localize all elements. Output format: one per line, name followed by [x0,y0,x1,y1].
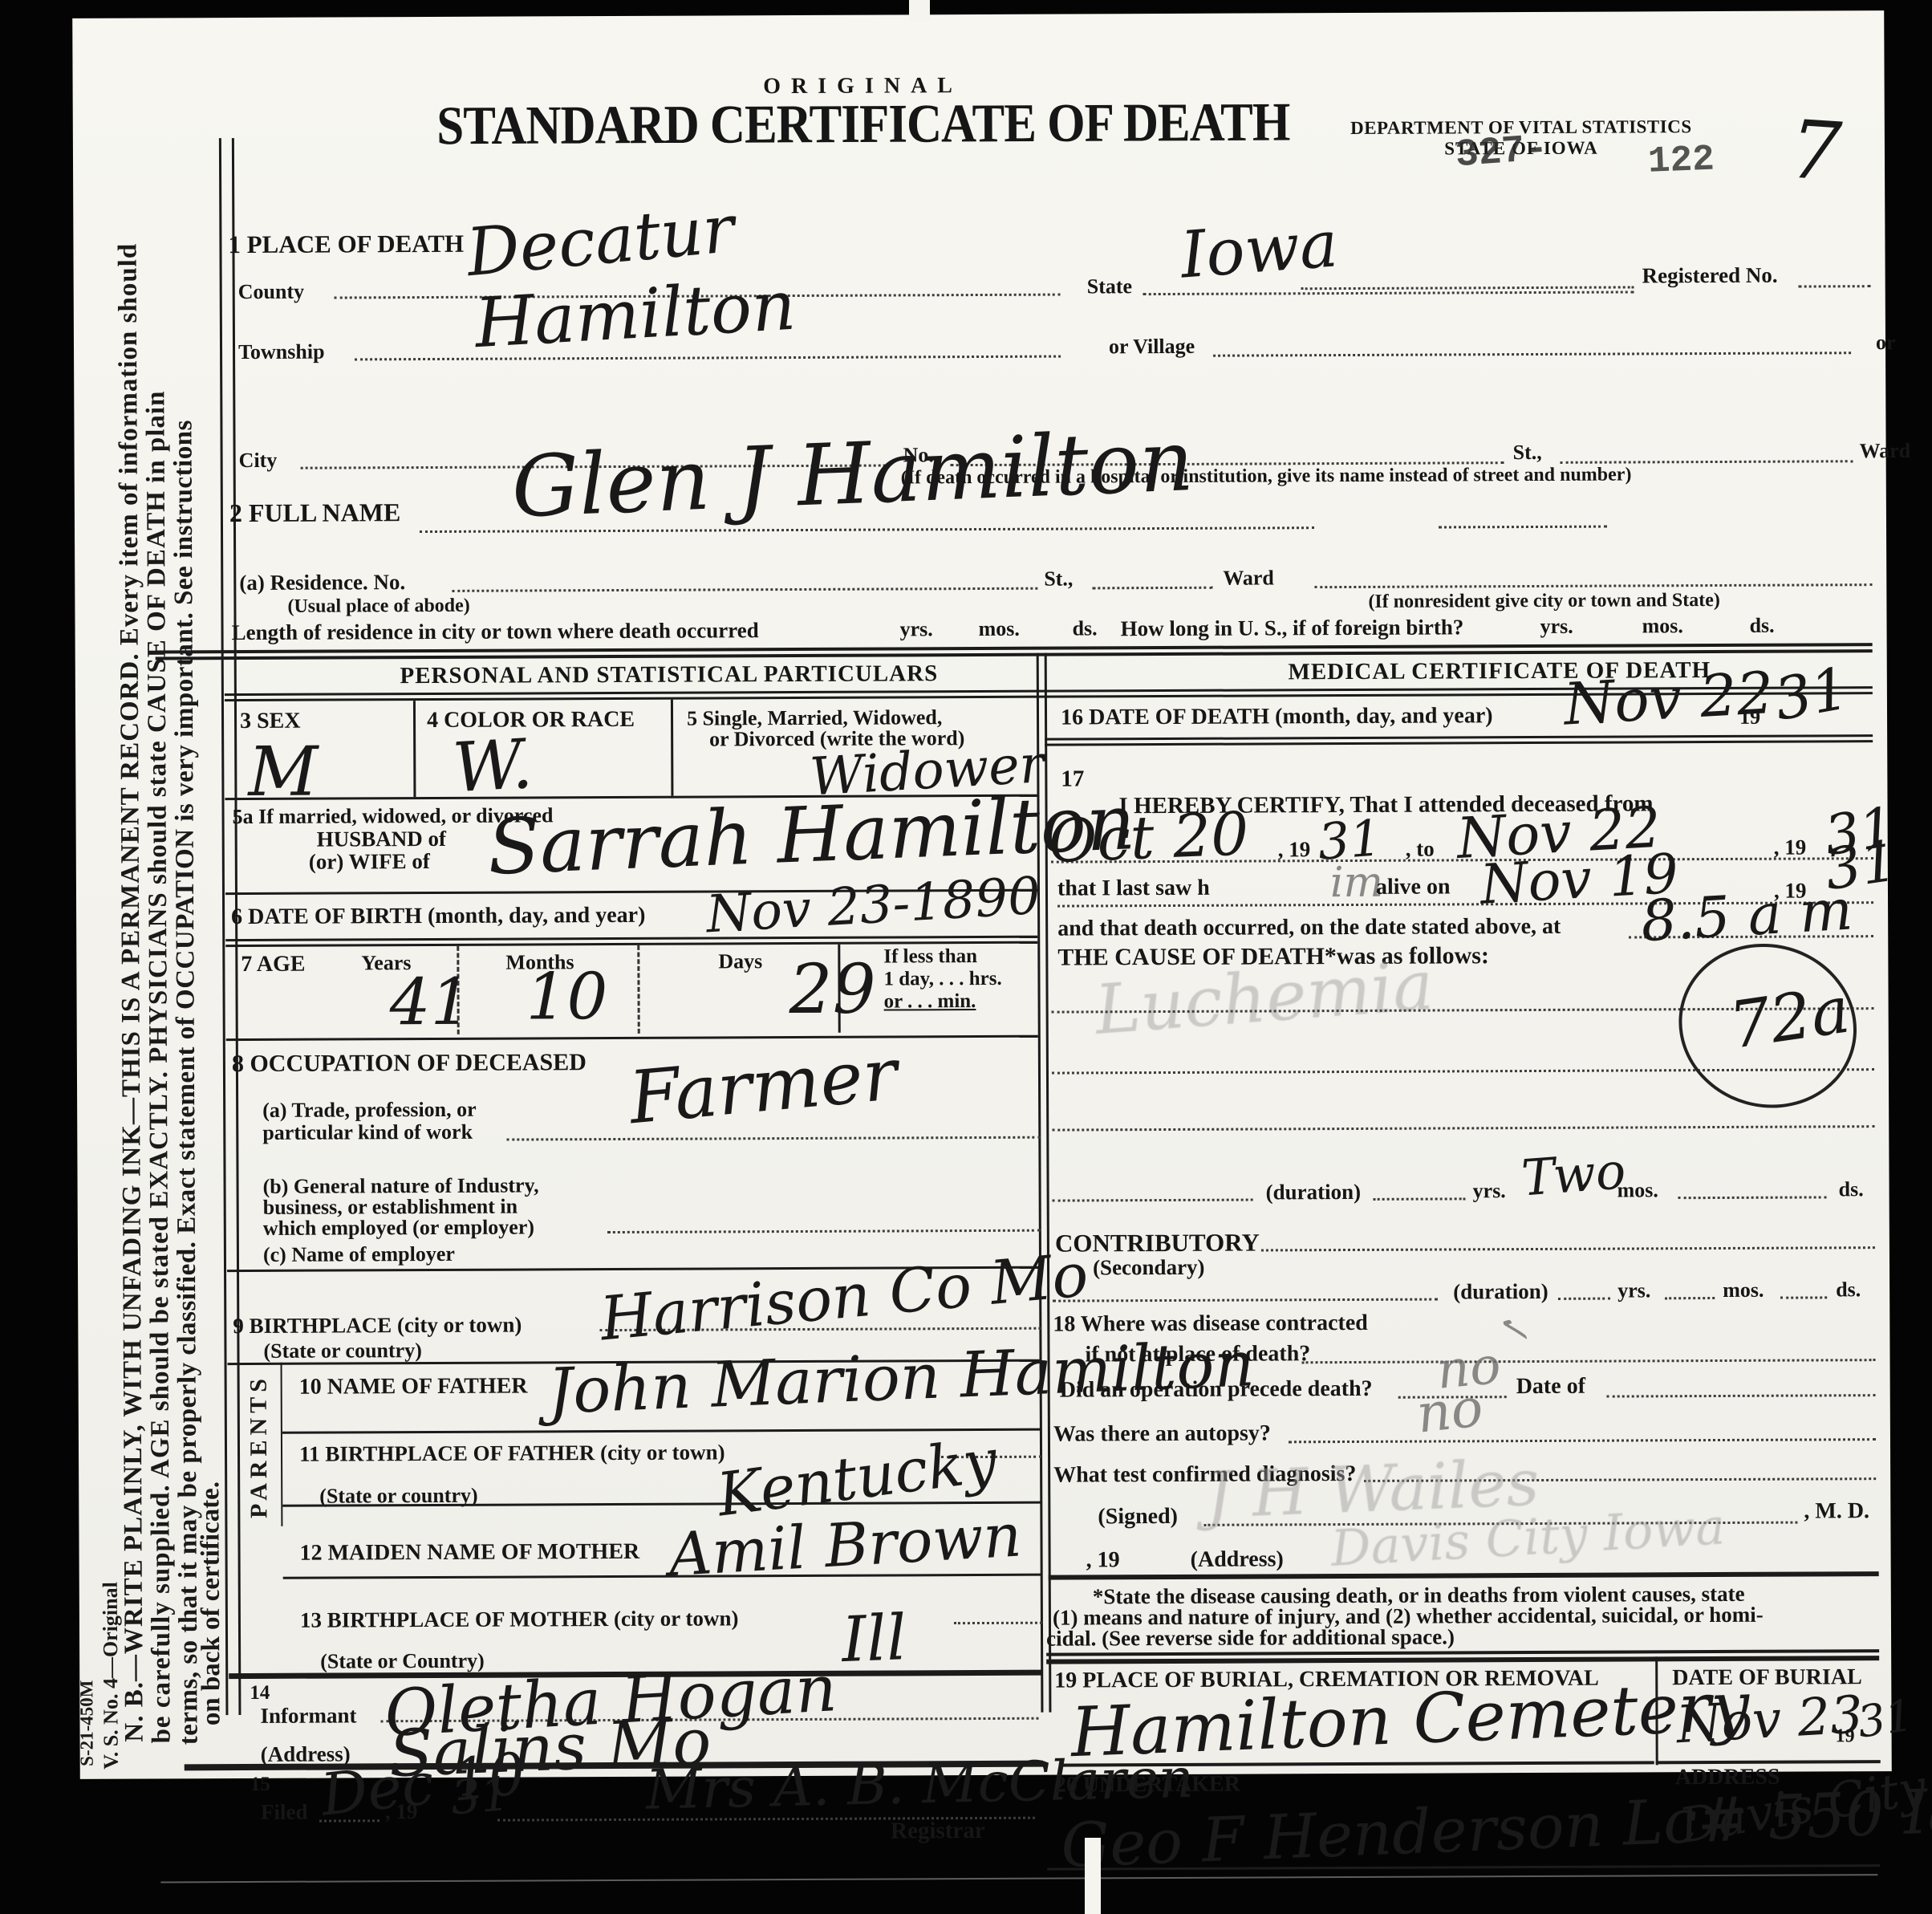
occ-b3: which employed (or employer) [263,1216,534,1240]
birthplace-value: Harrison Co Mo [598,1245,1090,1349]
margin-note-line4: on back of certificate. [196,1481,226,1725]
duration2-leader4 [1780,1294,1827,1298]
stamp-number-right: 122 [1647,139,1715,183]
race-marital-divider [671,700,674,796]
spouse-label3: (or) WIFE of [309,850,430,874]
dateof-label: Date of [1516,1375,1585,1400]
occ-a-leader [506,1135,1040,1141]
full-name-label: 2 FULL NAME [229,498,400,526]
duration2-leader1 [1053,1297,1438,1302]
howlong-mos: mos. [1642,615,1682,637]
duration1-leader3 [1678,1194,1827,1199]
age-days-label: Days [718,950,762,973]
age-note1: If less than [883,945,977,968]
city-ward-label: Ward [1860,440,1911,462]
residence-leader1 [452,586,1037,592]
dod-label: 16 DATE OF DEATH (month, day, and year) [1061,704,1493,730]
duration1-ds: ds. [1839,1178,1864,1201]
village-label: or Village [1109,335,1195,359]
residence-leader3 [1314,582,1872,588]
village-or: or [1876,331,1896,354]
father-label: 10 NAME OF FATHER [299,1374,528,1399]
rule-under-mother [283,1574,1042,1579]
age-days-value: 29 [789,956,876,1024]
duration2-mos: mos. [1723,1279,1764,1302]
race-value: W. [451,730,534,803]
where-label2: if not at place of death? [1085,1342,1310,1367]
state-value: Iowa [1179,212,1340,287]
lastsaw-label: that I last saw h [1057,876,1210,901]
contributory-label: CONTRIBUTORY [1055,1229,1260,1257]
length-ds: ds. [1072,617,1097,640]
duration1-yrs: yrs. [1473,1180,1506,1202]
certificate-title: STANDARD CERTIFICATE OF DEATH [402,93,1325,156]
attended-from-value: Oct 20 [1047,804,1249,872]
margin-form-number-small: S-21-450M [76,1680,97,1766]
to-label: , to [1406,838,1435,861]
duration2-leader2 [1558,1296,1610,1300]
abode-note: (Usual place of abode) [287,596,469,618]
place-of-death-label: 1 PLACE OF DEATH [228,230,464,258]
autopsy-label: Was there an autopsy? [1053,1421,1271,1446]
full-name-value: Glen J Hamilton [510,419,1195,530]
heavy-rule-footnote [1049,1571,1879,1580]
certificate-paper: S-21-450M V. S. No. 4—Original N. B.—WRI… [72,10,1892,1779]
duration2-label: (duration) [1453,1280,1548,1304]
parents-label: PARENTS [246,1374,274,1518]
autopsy-leader [1289,1437,1876,1443]
where-label1: 18 Where was disease contracted [1053,1311,1368,1337]
length-label: Length of residence in city or town wher… [232,619,759,644]
howlong-yrs: yrs. [1540,616,1573,638]
rule-under-age [226,1035,1038,1041]
occ-c: (c) Name of employer [263,1243,455,1266]
nonresident-note: (If nonresident give city or town and St… [1368,591,1720,613]
howlong-ds: ds. [1749,615,1774,637]
form-border-left-outer [219,138,229,1715]
footnote3: cidal. (See reverse side for additional … [1046,1625,1455,1650]
dod-year: 31 [1770,659,1853,729]
from-19: , 19 [1278,838,1311,861]
state-label: State [1087,275,1132,298]
mother-bp-sub: (State or Country) [320,1650,485,1673]
burial-date-19: 19 [1836,1726,1855,1747]
paper-bottom-ghost-line [160,1874,1877,1883]
residence-leader2 [1092,585,1212,590]
occupation-value: Farmer [627,1038,900,1135]
mother-bp-leader [954,1620,1042,1624]
parents-divider [281,1363,283,1526]
age-note3: or . . . min. [884,990,976,1013]
dod-19: 19 [1739,706,1760,729]
length-yrs: yrs. [899,618,932,640]
film-splice-top [909,0,930,21]
dob-label: 6 DATE OF BIRTH (month, day, and year) [231,904,645,929]
stamp-circle-value: 72a [1726,977,1853,1059]
father-bp-label: 11 BIRTHPLACE OF FATHER (city or town) [299,1441,725,1465]
where-leader [1302,1357,1876,1363]
burial-rule-top-1 [1046,1649,1879,1656]
township-value: Hamilton [473,272,798,359]
registrar-label: Registrar [891,1819,985,1844]
duration1-leader1 [1053,1197,1253,1202]
secondary-label: (Secondary) [1093,1256,1205,1280]
personal-header: PERSONAL AND STATISTICAL PARTICULARS [316,661,1022,689]
rule-under-father [282,1428,1041,1434]
sex-race-divider [413,701,416,797]
full-name-leader2 [1439,524,1607,529]
burial-date-underline [1656,1760,1881,1764]
township-leader [355,354,1061,361]
city-leader3 [1561,458,1853,464]
length-mos: mos. [978,618,1019,640]
age-years-value: 41 [389,970,471,1034]
occ-a2: particular kind of work [262,1121,473,1144]
signed-label: (Signed) [1098,1505,1178,1530]
filed-num: 15 [250,1774,270,1795]
mother-label: 12 MAIDEN NAME OF MOTHER [300,1540,640,1566]
birthplace-label: 9 BIRTHPLACE (city or town) [233,1314,522,1339]
operation-leader2 [1607,1392,1876,1397]
spouse-label2: HUSBAND of [317,827,446,851]
residence-ward-label: Ward [1223,567,1274,589]
occupation-label: 8 OCCUPATION OF DECEASED [232,1050,586,1077]
occ-a1: (a) Trade, profession, or [262,1099,477,1122]
scanned-death-certificate: S-21-450M V. S. No. 4—Original N. B.—WRI… [0,0,1932,1914]
to-19: , 19 [1774,836,1807,859]
burial-date-year: 31 [1855,1693,1916,1744]
residence-st-label: St., [1044,568,1073,591]
filed-label: Filed [261,1801,308,1824]
duration2-leader3 [1665,1295,1715,1299]
cause-leader3 [1052,1124,1874,1131]
village-leader [1213,350,1851,356]
age-note2: 1 day, . . . hrs. [883,968,1001,990]
occurred-value: 8.5 a m [1639,881,1853,949]
residence-label: (a) Residence. No. [239,571,405,595]
registered-no-value: 7 [1788,109,1844,193]
registered-leader-right [1799,283,1871,287]
informant-num: 14 [250,1682,270,1704]
sex-value: M [248,738,318,807]
birthplace-sub: (State or country) [263,1339,421,1363]
addr-19: , 19 [1086,1548,1120,1572]
sex-label: 3 SEX [240,709,301,734]
lastsaw-label2: alive on [1376,875,1451,900]
age-divider-2 [637,945,639,1034]
contributory-leader [1261,1245,1875,1251]
duration2-yrs: yrs. [1617,1279,1650,1302]
undertaker-label: 20 UNDERTAKER [1055,1773,1240,1798]
address-label: (Address) [1191,1547,1284,1572]
duration1-label: (duration) [1266,1181,1362,1205]
rule-under-dob-1 [225,936,1037,941]
duration1-value: Two [1520,1146,1627,1203]
occ-b-leader [607,1228,1041,1233]
filed-year: 31 [449,1770,512,1821]
howlong-label: How long in U. S., if of foreign birth? [1120,616,1463,640]
rule-under-dod-1 [1045,734,1873,741]
age-label: 7 AGE [241,953,305,977]
operation-label: Did an operation precede death? [1060,1377,1373,1403]
state-leader [1143,289,1634,295]
mother-bp-value: Ill [841,1607,908,1672]
burial-rule-top-2 [1046,1656,1879,1664]
city-st-label: St., [1513,441,1542,464]
duration1-leader2 [1374,1196,1466,1201]
md-label: , M. D. [1804,1499,1869,1524]
informant-label: Informant [260,1704,356,1728]
county-label: County [238,281,304,303]
duration1-mos: mos. [1617,1179,1658,1201]
stamp-number-left: 327- [1454,128,1549,177]
mother-bp-label: 13 BIRTHPLACE OF MOTHER (city or town) [300,1607,739,1632]
certify-num: 17 [1061,766,1084,791]
autopsy-value: no [1414,1381,1485,1441]
registered-no-label: Registered No. [1642,264,1778,288]
where-pencil-check: ✓ [1492,1307,1535,1345]
occurred-label: and that death occurred, on the date sta… [1057,915,1561,941]
city-label: City [239,449,278,472]
township-label: Township [238,341,325,364]
film-splice-bottom [1085,1838,1101,1914]
age-months-value: 10 [526,965,607,1029]
rule-under-dod-2 [1045,740,1873,746]
duration2-ds: ds. [1836,1278,1861,1301]
